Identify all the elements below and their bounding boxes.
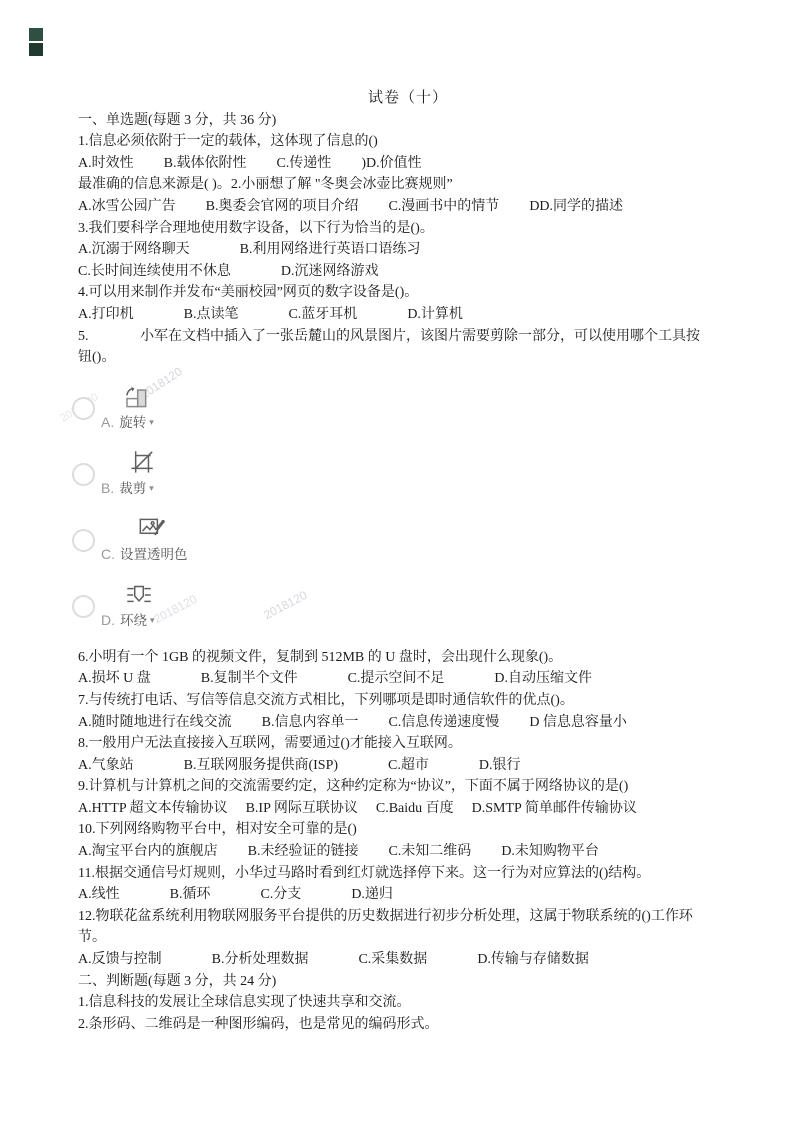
option-a-label: A.旋转▾: [101, 413, 154, 431]
image-option-d: D.环绕▾: [72, 577, 738, 629]
option-text: D.传输与存储数据: [477, 952, 589, 967]
section-one-header: 一、单选题(每题 3 分，共 36 分): [78, 110, 738, 132]
question-6-text: 6.小明有一个 1GB 的视频文件，复制到 512MB 的 U 盘时，会出现什么…: [78, 647, 738, 669]
option-text: D.银行: [479, 758, 521, 773]
option-text: B.信息内容单一: [262, 715, 359, 730]
option-text: B.未经验证的链接: [248, 844, 359, 859]
question-8-text: 8.一般用户无法直接接入互联网，需要通过()才能接入互联网。: [78, 733, 738, 755]
option-a-body: A.旋转▾: [101, 381, 154, 431]
dropdown-caret-icon: ▾: [149, 483, 154, 493]
option-text: C.长时间连续使用不休息: [78, 264, 231, 279]
question-3-text: 3.我们要科学合理地使用数字设备，以下行为恰当的是()。: [78, 218, 738, 240]
radio-button-c[interactable]: [72, 529, 95, 552]
question-5-image-options: A.旋转▾: [72, 369, 738, 647]
document-content: 试卷（十） 一、单选题(每题 3 分，共 36 分) 1.信息必须依附于一定的载…: [78, 88, 738, 1035]
radio-button-a[interactable]: [72, 397, 95, 420]
question-5-text-line1: 5.小军在文档中插入了一张岳麓山的风景图片，该图片需要剪除一部分，可以使用哪个工…: [78, 326, 738, 348]
option-text: A.淘宝平台内的旗舰店: [78, 844, 218, 859]
option-text: )D.价值性: [361, 156, 421, 171]
option-text: A.随时随地进行在线交流: [78, 715, 232, 730]
option-text: C.信息传递速度慢: [388, 715, 499, 730]
option-text: D.计算机: [407, 307, 463, 322]
corner-mark-top: [29, 28, 43, 41]
option-text: B.载体依附性: [164, 156, 247, 171]
question-1-text: 1.信息必须依附于一定的载体，这体现了信息的(): [78, 131, 738, 153]
option-c-body: C.设置透明色: [101, 513, 191, 563]
image-option-a: A.旋转▾: [72, 379, 738, 431]
option-text: D 信息息容量小: [529, 715, 627, 730]
question-2-text: 最准确的信息来源是( )。2.小丽想了解 "冬奥会冰壶比赛规则”: [78, 174, 738, 196]
corner-mark: [29, 28, 43, 56]
option-text: C.超市: [388, 758, 429, 773]
option-text: B.循环: [170, 887, 211, 902]
option-text: A.线性: [78, 887, 120, 902]
option-text: A.损坏 U 盘: [78, 671, 151, 686]
question-5-number: 5.: [78, 326, 140, 348]
option-d-body: D.环绕▾: [101, 579, 155, 629]
question-12-text-line2: 节。: [78, 927, 738, 949]
question-2-options: A.冰雪公园广告B.奥委会官网的项目介绍C.漫画书中的情节DD.同学的描述: [78, 196, 738, 218]
judge-question-1-text: 1.信息科技的发展让全球信息实现了快速共享和交流。: [78, 992, 738, 1014]
option-text: B.分析处理数据: [212, 952, 309, 967]
question-6-options: A.损坏 U 盘B.复制半个文件C.提示空间不足D.自动压缩文件: [78, 668, 738, 690]
section-two-header: 二、判断题(每题 3 分，共 24 分): [78, 971, 738, 993]
corner-mark-bottom: [29, 43, 43, 56]
set-transparent-color-icon: [135, 513, 191, 545]
option-text: A.冰雪公园广告: [78, 199, 176, 214]
option-text: C.传递性: [276, 156, 331, 171]
judge-question-2-text: 2.条形码、二维码是一种图形编码，也是常见的编码形式。: [78, 1014, 738, 1036]
option-text: D.沉迷网络游戏: [281, 264, 379, 279]
option-text: A.气象站: [78, 758, 134, 773]
option-text: C.采集数据: [358, 952, 427, 967]
question-7-text: 7.与传统打电话、写信等信息交流方式相比，下列哪项是即时通信软件的优点()。: [78, 690, 738, 712]
option-text: C.分支: [260, 887, 301, 902]
exam-paper-page: 2018120 2018120 2018120 2018120 试卷（十） 一、…: [0, 0, 793, 1122]
set-transparent-color-label: 设置透明色: [120, 547, 188, 562]
crop-icon: [125, 447, 157, 479]
question-12-text-line1: 12.物联花盆系统利用物联网服务平台提供的历史数据进行初步分析处理，这属于物联系…: [78, 906, 738, 928]
option-text: DD.同学的描述: [529, 199, 623, 214]
option-letter: B.: [101, 480, 114, 496]
dropdown-caret-icon: ▾: [149, 417, 154, 427]
option-text: B.互联网服务提供商(ISP): [184, 758, 338, 773]
question-5-text: 小军在文档中插入了一张岳麓山的风景图片，该图片需要剪除一部分，可以使用哪个工具按: [140, 329, 700, 344]
option-letter: C.: [101, 546, 115, 562]
option-letter: D.: [101, 612, 115, 628]
option-text: D.自动压缩文件: [494, 671, 592, 686]
image-option-c: C.设置透明色: [72, 511, 738, 563]
option-text: D.递归: [351, 887, 393, 902]
rotate-label: 旋转: [119, 415, 146, 430]
option-letter: A.: [101, 414, 114, 430]
question-9-text: 9.计算机与计算机之间的交流需要约定，这种约定称为“协议”，下面不属于网络协议的…: [78, 776, 738, 798]
question-5-text-line2: 钮()。: [78, 347, 738, 369]
option-text: C.漫画书中的情节: [388, 199, 499, 214]
image-option-b: B.裁剪▾: [72, 445, 738, 497]
text-wrap-icon: [123, 579, 155, 611]
option-text: B.利用网络进行英语口语练习: [240, 242, 421, 257]
question-12-options: A.反馈与控制B.分析处理数据C.采集数据D.传输与存储数据: [78, 949, 738, 971]
question-4-text: 4.可以用来制作并发布“美丽校园”网页的数字设备是()。: [78, 282, 738, 304]
question-8-options: A.气象站B.互联网服务提供商(ISP)C.超市D.银行: [78, 755, 738, 777]
option-text: C.提示空间不足: [348, 671, 445, 686]
option-d-label: D.环绕▾: [101, 611, 155, 629]
option-text: B.复制半个文件: [201, 671, 298, 686]
option-c-label: C.设置透明色: [101, 545, 191, 563]
question-11-text: 11.根据交通信号灯规则，小华过马路时看到红灯就选择停下来。这一行为对应算法的(…: [78, 863, 738, 885]
question-11-options: A.线性B.循环C.分支D.递归: [78, 884, 738, 906]
radio-button-d[interactable]: [72, 595, 95, 618]
option-text: B.点读笔: [184, 307, 239, 322]
question-1-options: A.时效性B.载体依附性C.传递性)D.价值性: [78, 153, 738, 175]
radio-button-b[interactable]: [72, 463, 95, 486]
option-b-body: B.裁剪▾: [101, 447, 157, 497]
option-text: A.时效性: [78, 156, 134, 171]
option-text: A.沉溺于网络聊天: [78, 242, 190, 257]
question-9-options: A.HTTP 超文本传输协议B.IP 网际互联协议C.Baidu 百度D.SMT…: [78, 798, 738, 820]
question-3-options-row2: C.长时间连续使用不休息D.沉迷网络游戏: [78, 261, 738, 283]
question-4-options: A.打印机B.点读笔C.蓝牙耳机D.计算机: [78, 304, 738, 326]
question-10-text: 10.下列网络购物平台中，相对安全可靠的是(): [78, 819, 738, 841]
option-text: D.未知购物平台: [501, 844, 599, 859]
wrap-label: 环绕: [120, 613, 147, 628]
option-text: A.反馈与控制: [78, 952, 162, 967]
question-3-options-row1: A.沉溺于网络聊天B.利用网络进行英语口语练习: [78, 239, 738, 261]
option-text: C.蓝牙耳机: [288, 307, 357, 322]
page-title: 试卷（十）: [78, 88, 738, 110]
option-text: A.打印机: [78, 307, 134, 322]
option-text: D.SMTP 简单邮件传输协议: [472, 801, 637, 816]
crop-label: 裁剪: [119, 481, 146, 496]
option-b-label: B.裁剪▾: [101, 479, 157, 497]
option-text: B.奥委会官网的项目介绍: [206, 199, 359, 214]
option-text: C.Baidu 百度: [376, 801, 454, 816]
question-10-options: A.淘宝平台内的旗舰店B.未经验证的链接C.未知二维码D.未知购物平台: [78, 841, 738, 863]
question-7-options: A.随时随地进行在线交流B.信息内容单一C.信息传递速度慢D 信息息容量小: [78, 712, 738, 734]
option-text: B.IP 网际互联协议: [246, 801, 358, 816]
option-text: C.未知二维码: [388, 844, 471, 859]
dropdown-caret-icon: ▾: [150, 615, 155, 625]
rotate-icon: [119, 381, 154, 413]
option-text: A.HTTP 超文本传输协议: [78, 801, 228, 816]
